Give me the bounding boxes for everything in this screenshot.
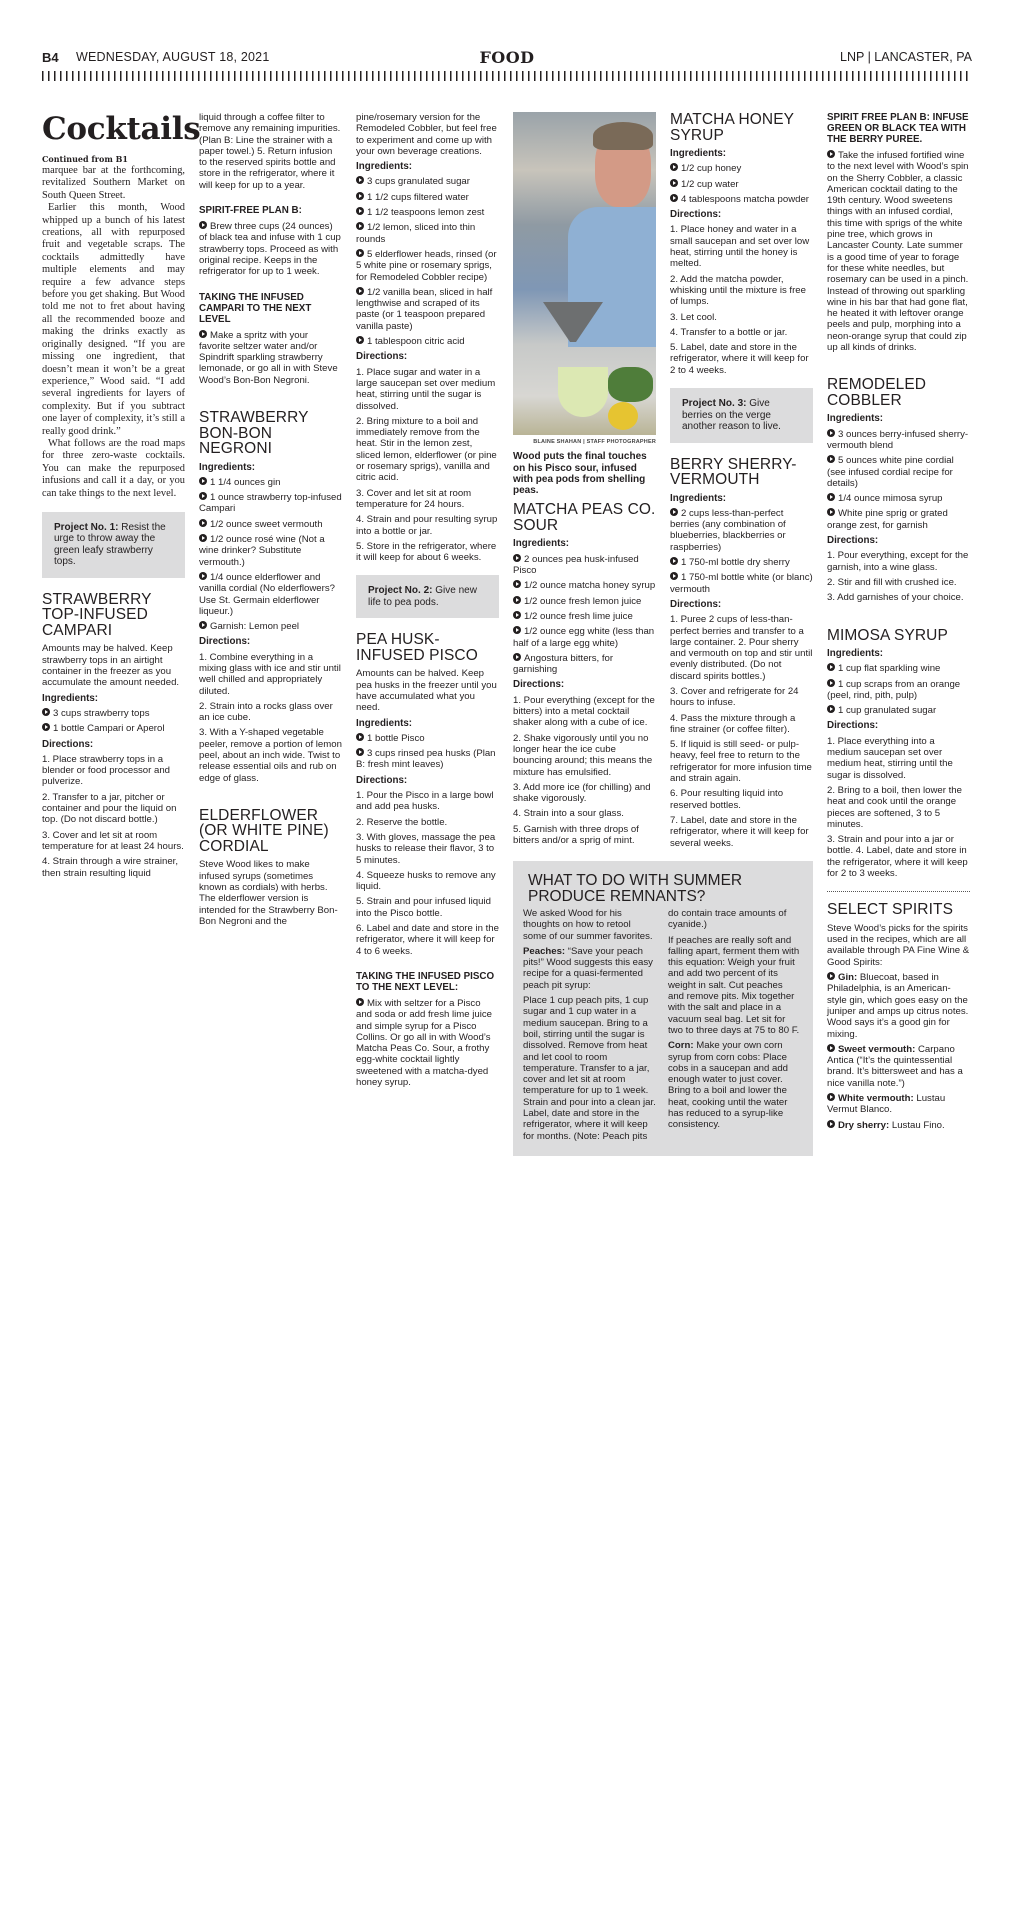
bullet-icon <box>513 653 521 661</box>
ingredients-label: Ingredients: <box>670 493 813 504</box>
ingredient-item: 1/2 ounce egg white (less than half of a… <box>513 626 656 649</box>
direction-step: 3. Add more ice (for chilling) and shake… <box>513 782 656 805</box>
direction-step: 5. Label, date and store in the refriger… <box>670 342 813 376</box>
column-1: Cocktails Continued from B1 marquee bar … <box>42 112 185 882</box>
direction-step: 2. Bring mixture to a boil and immediate… <box>356 416 499 484</box>
recipe-title: MATCHA HONEY SYRUP <box>670 112 813 143</box>
recipe-intro: Amounts can be halved. Keep pea husks in… <box>356 668 499 713</box>
bullet-icon <box>356 222 364 230</box>
spirit-item: Dry sherry: Lustau Fino. <box>827 1120 970 1131</box>
bullet-icon <box>199 221 207 229</box>
directions-label: Directions: <box>42 739 185 750</box>
project-1-callout: Project No. 1: Resist the urge to throw … <box>42 512 185 578</box>
direction-step: 2. Shake vigorously until you no longer … <box>513 733 656 778</box>
bullet-icon <box>670 572 678 580</box>
produce-remnants-sidebar: WHAT TO DO WITH SUMMER PRODUCE REMNANTS?… <box>513 861 813 1156</box>
ingredient-item: 1/2 lemon, sliced into thin rounds <box>356 222 499 245</box>
directions-label: Directions: <box>199 636 342 647</box>
corn-paragraph: Corn: Make your own corn syrup from corn… <box>668 1040 801 1130</box>
peach-recipe: Place 1 cup peach pits, 1 cup sugar and … <box>523 995 656 1142</box>
ingredient-item: 1 tablespoon citric acid <box>356 336 499 347</box>
direction-step: 1. Place sugar and water in a large sauc… <box>356 367 499 412</box>
bullet-icon <box>42 723 50 731</box>
recipe-title: MIMOSA SYRUP <box>827 628 970 644</box>
bullet-icon <box>670 163 678 171</box>
direction-step: 6. Pour resulting liquid into reserved b… <box>670 788 813 811</box>
direction-step: 2. Add the matcha powder, whisking until… <box>670 274 813 308</box>
bullet-icon <box>199 330 207 338</box>
ingredient-item: 5 elderflower heads, rinsed (or 5 white … <box>356 249 499 283</box>
direction-step: 1. Puree 2 cups of less-than-perfect ber… <box>670 614 813 682</box>
direction-step: 3. Add garnishes of your choice. <box>827 592 970 603</box>
article-paragraph: Earlier this month, Wood whipped up a bu… <box>42 202 185 438</box>
direction-step: 5. If liquid is still seed- or pulp-heav… <box>670 739 813 784</box>
directions-label: Directions: <box>670 599 813 610</box>
ingredients-label: Ingredients: <box>199 462 342 473</box>
recipe-title: ELDERFLOWER (OR WHITE PINE) CORDIAL <box>199 808 342 855</box>
bullet-icon <box>513 596 521 604</box>
ingredient-item: White pine sprig or grated orange zest, … <box>827 508 970 531</box>
bullet-icon <box>827 663 835 671</box>
direction-step: 4. Strain and pour resulting syrup into … <box>356 514 499 537</box>
bullet-icon <box>513 626 521 634</box>
recipe-title: STRAWBERRY BON-BON NEGRONI <box>199 410 342 457</box>
plan-b-item: Brew three cups (24 ounces) of black tea… <box>199 221 342 277</box>
bullet-icon <box>670 508 678 516</box>
photo-caption: Wood puts the final touches on his Pisco… <box>513 451 656 496</box>
ingredient-item: 1 1/4 ounces gin <box>199 477 342 488</box>
sidebar-title: WHAT TO DO WITH SUMMER PRODUCE REMNANTS? <box>528 873 801 904</box>
ingredient-item: 1/2 cup water <box>670 179 813 190</box>
column-5: MATCHA HONEY SYRUP Ingredients: 1/2 cup … <box>670 112 813 853</box>
bullet-icon <box>356 998 364 1006</box>
ingredient-item: 1 1/2 cups filtered water <box>356 192 499 203</box>
bullet-icon <box>513 554 521 562</box>
ingredients-label: Ingredients: <box>513 538 656 549</box>
bullet-icon <box>356 287 364 295</box>
ingredient-item: 1 1/2 teaspoons lemon zest <box>356 207 499 218</box>
direction-step: 7. Label, date and store in the refriger… <box>670 815 813 849</box>
bullet-icon <box>827 972 835 980</box>
callout-label: Project No. 1: <box>54 522 118 533</box>
recipe-intro: Amounts may be halved. Keep strawberry t… <box>42 643 185 688</box>
bullet-icon <box>827 150 835 158</box>
direction-step: 4. Strain through a wire strainer, then … <box>42 856 185 878</box>
callout-label: Project No. 3: <box>682 398 746 409</box>
direction-step-continued: liquid through a coffee filter to remove… <box>199 112 342 191</box>
ingredient-item: 1/2 vanilla bean, sliced in half lengthw… <box>356 287 499 332</box>
bullet-icon <box>670 194 678 202</box>
bullet-icon <box>670 557 678 565</box>
ingredient-item: 3 cups granulated sugar <box>356 176 499 187</box>
direction-step: 4. Squeeze husks to remove any liquid. <box>356 870 499 893</box>
plan-b-title: SPIRIT FREE PLAN B: INFUSE GREEN OR BLAC… <box>827 112 970 145</box>
section-title: FOOD <box>42 48 972 67</box>
ingredients-label: Ingredients: <box>827 413 970 424</box>
paper-name: LNP | LANCASTER, PA <box>840 50 972 64</box>
spirits-intro: Steve Wood’s picks for the spirits used … <box>827 923 970 968</box>
direction-step: 3. Cover and let sit at room temperature… <box>356 488 499 511</box>
direction-step: 4. Pass the mixture through a fine strai… <box>670 713 813 736</box>
callout-label: Project No. 2: <box>368 585 432 596</box>
ingredient-item: 1/2 ounce matcha honey syrup <box>513 580 656 591</box>
direction-step: 3. Strain and pour into a jar or bottle.… <box>827 834 970 879</box>
bullet-icon <box>199 477 207 485</box>
direction-step: 1. Place strawberry tops in a blender or… <box>42 754 185 788</box>
recipe-title: PEA HUSK-INFUSED PISCO <box>356 632 499 663</box>
ingredient-item: 1/4 ounce elderflower and vanilla cordia… <box>199 572 342 617</box>
direction-step: 6. Label and date and store in the refri… <box>356 923 499 957</box>
ingredient-item: 1/2 ounce fresh lemon juice <box>513 596 656 607</box>
recipe-title: BERRY SHERRY-VERMOUTH <box>670 457 813 488</box>
bullet-icon <box>827 1044 835 1052</box>
ingredient-item: 1/2 ounce sweet vermouth <box>199 519 342 530</box>
direction-step: 5. Garnish with three drops of bitters a… <box>513 824 656 847</box>
bullet-icon <box>199 519 207 527</box>
next-level-item: Make a spritz with your favorite seltzer… <box>199 330 342 386</box>
next-level-item: Mix with seltzer for a Pisco and soda or… <box>356 998 499 1088</box>
directions-label: Directions: <box>513 679 656 690</box>
bullet-icon <box>356 733 364 741</box>
ingredient-item: 1 bottle Campari or Aperol <box>42 723 185 734</box>
bullet-icon <box>356 207 364 215</box>
ingredient-item: 1 bottle Pisco <box>356 733 499 744</box>
bullet-icon <box>199 492 207 500</box>
bullet-icon <box>356 192 364 200</box>
direction-step: 5. Strain and pour infused liquid into t… <box>356 896 499 919</box>
ingredient-item: 3 cups rinsed pea husks (Plan B: fresh m… <box>356 748 499 771</box>
direction-step: 5. Store in the refrigerator, where it w… <box>356 541 499 564</box>
spirit-item: Sweet vermouth: Carpano Antica (“It’s th… <box>827 1044 970 1089</box>
ingredient-item: 1 cup scraps from an orange (peel, rind,… <box>827 679 970 702</box>
article-paragraph: What follows are the road maps for three… <box>42 438 185 500</box>
direction-step: 3. Cover and let sit at room temperature… <box>42 830 185 853</box>
next-level-title: TAKING THE INFUSED CAMPARI TO THE NEXT L… <box>199 292 342 325</box>
bullet-icon <box>42 708 50 716</box>
directions-label: Directions: <box>356 775 499 786</box>
recipe-title: STRAWBERRY TOP-INFUSED CAMPARI <box>42 592 185 639</box>
bullet-icon <box>199 572 207 580</box>
direction-step: 1. Pour everything (except for the bitte… <box>513 695 656 729</box>
bullet-icon <box>513 580 521 588</box>
project-2-callout: Project No. 2: Give new life to pea pods… <box>356 575 499 618</box>
ingredient-item: Garnish: Lemon peel <box>199 621 342 632</box>
ingredient-item: 4 tablespoons matcha powder <box>670 194 813 205</box>
ingredient-item: Angostura bitters, for garnishing <box>513 653 656 676</box>
ingredient-item: 1/2 cup honey <box>670 163 813 174</box>
ingredient-item: 1 cup granulated sugar <box>827 705 970 716</box>
directions-label: Directions: <box>670 209 813 220</box>
recipe-title: MATCHA PEAS CO. SOUR <box>513 502 656 533</box>
spirits-title: SELECT SPIRITS <box>827 902 970 918</box>
ingredient-item: 1 750-ml bottle dry sherry <box>670 557 813 568</box>
masthead: B4 WEDNESDAY, AUGUST 18, 2021 FOOD LNP |… <box>42 48 972 68</box>
column-4: BLAINE SHAHAN | STAFF PHOTOGRAPHER Wood … <box>513 112 656 850</box>
ingredient-item: 2 ounces pea husk-infused Pisco <box>513 554 656 577</box>
direction-step: 2. Stir and fill with crushed ice. <box>827 577 970 588</box>
direction-step: 1. Pour everything, except for the garni… <box>827 550 970 573</box>
direction-step: 2. Transfer to a jar, pitcher or contain… <box>42 792 185 826</box>
column-2: liquid through a coffee filter to remove… <box>199 112 342 931</box>
ingredient-item: 1/2 ounce rosé wine (Not a wine drinker?… <box>199 534 342 568</box>
article-headline: Cocktails <box>42 112 185 146</box>
ingredient-item: 5 ounces white pine cordial (see infused… <box>827 455 970 489</box>
bullet-icon <box>827 1120 835 1128</box>
bullet-icon <box>513 611 521 619</box>
ferment-paragraph: If peaches are really soft and falling a… <box>668 935 801 1037</box>
recipe-intro-continued: pine/rosemary version for the Remodeled … <box>356 112 499 157</box>
ingredient-item: 3 ounces berry-infused sherry-vermouth b… <box>827 429 970 452</box>
direction-step: 3. With gloves, massage the pea husks to… <box>356 832 499 866</box>
bullet-icon <box>356 748 364 756</box>
direction-step: 2. Strain into a rocks glass over an ice… <box>199 701 342 724</box>
direction-step: 4. Transfer to a bottle or jar. <box>670 327 813 338</box>
plan-b-item: Take the infused fortified wine to the n… <box>827 150 970 353</box>
bullet-icon <box>670 179 678 187</box>
next-level-title: TAKING THE INFUSED PISCO TO THE NEXT LEV… <box>356 971 499 993</box>
direction-step: 3. With a Y-shaped vegetable peeler, rem… <box>199 727 342 783</box>
bullet-icon <box>356 176 364 184</box>
plan-b-title: SPIRIT-FREE PLAN B: <box>199 205 342 216</box>
ingredients-label: Ingredients: <box>42 693 185 704</box>
column-6: SPIRIT FREE PLAN B: INFUSE GREEN OR BLAC… <box>827 112 970 1135</box>
directions-label: Directions: <box>827 720 970 731</box>
direction-step: 3. Cover and refrigerate for 24 hours to… <box>670 686 813 709</box>
direction-step: 2. Reserve the bottle. <box>356 817 499 828</box>
ingredient-item: 1 cup flat sparkling wine <box>827 663 970 674</box>
direction-step: 1. Combine everything in a mixing glass … <box>199 652 342 697</box>
direction-step: 4. Strain into a sour glass. <box>513 808 656 819</box>
section-divider <box>827 891 970 892</box>
column-3: pine/rosemary version for the Remodeled … <box>356 112 499 1092</box>
ingredients-label: Ingredients: <box>356 161 499 172</box>
bartender-photo <box>513 112 656 435</box>
ingredient-item: 1 ounce strawberry top-infused Campari <box>199 492 342 515</box>
ingredient-item: 2 cups less-than-perfect berries (any co… <box>670 508 813 553</box>
article-paragraph: marquee bar at the forthcoming, revitali… <box>42 165 185 202</box>
continued-from: Continued from B1 <box>42 154 185 164</box>
article-body: marquee bar at the forthcoming, revitali… <box>42 165 185 500</box>
recipe-intro: Steve Wood likes to make infused syrups … <box>199 859 342 927</box>
bullet-icon <box>827 455 835 463</box>
ingredients-label: Ingredients: <box>827 648 970 659</box>
ingredients-label: Ingredients: <box>670 148 813 159</box>
bullet-icon <box>199 534 207 542</box>
directions-label: Directions: <box>827 535 970 546</box>
spirit-item: Gin: Bluecoat, based in Philadelphia, is… <box>827 972 970 1040</box>
directions-label: Directions: <box>356 351 499 362</box>
bullet-icon <box>827 679 835 687</box>
direction-step: 3. Let cool. <box>670 312 813 323</box>
bullet-icon <box>827 493 835 501</box>
spirit-item: White vermouth: Lustau Vermut Blanco. <box>827 1093 970 1116</box>
bullet-icon <box>827 1093 835 1101</box>
bullet-icon <box>356 249 364 257</box>
project-3-callout: Project No. 3: Give berries on the verge… <box>670 388 813 443</box>
bullet-icon <box>827 705 835 713</box>
photo-credit: BLAINE SHAHAN | STAFF PHOTOGRAPHER <box>513 437 656 448</box>
peaches-paragraph: Peaches: “Save your peach pits!” Wood su… <box>523 946 656 991</box>
direction-step: 1. Pour the Pisco in a large bowl and ad… <box>356 790 499 813</box>
ingredient-item: 1 750-ml bottle white (or blanc) vermout… <box>670 572 813 595</box>
bullet-icon <box>827 508 835 516</box>
direction-step: 2. Bring to a boil, then lower the heat … <box>827 785 970 830</box>
peach-recipe-continued: do contain trace amounts of cyanide.) <box>668 908 801 931</box>
ingredient-item: 3 cups strawberry tops <box>42 708 185 719</box>
sidebar-intro: We asked Wood for his thoughts on how to… <box>523 908 656 942</box>
bullet-icon <box>827 429 835 437</box>
bullet-icon <box>356 336 364 344</box>
direction-step: 1. Place everything into a medium saucep… <box>827 736 970 781</box>
bullet-icon <box>199 621 207 629</box>
ingredients-label: Ingredients: <box>356 718 499 729</box>
tick-ruler-divider <box>42 71 972 81</box>
direction-step: 1. Place honey and water in a small sauc… <box>670 224 813 269</box>
recipe-title: REMODELED COBBLER <box>827 377 970 408</box>
ingredient-item: 1/4 ounce mimosa syrup <box>827 493 970 504</box>
ingredient-item: 1/2 ounce fresh lime juice <box>513 611 656 622</box>
